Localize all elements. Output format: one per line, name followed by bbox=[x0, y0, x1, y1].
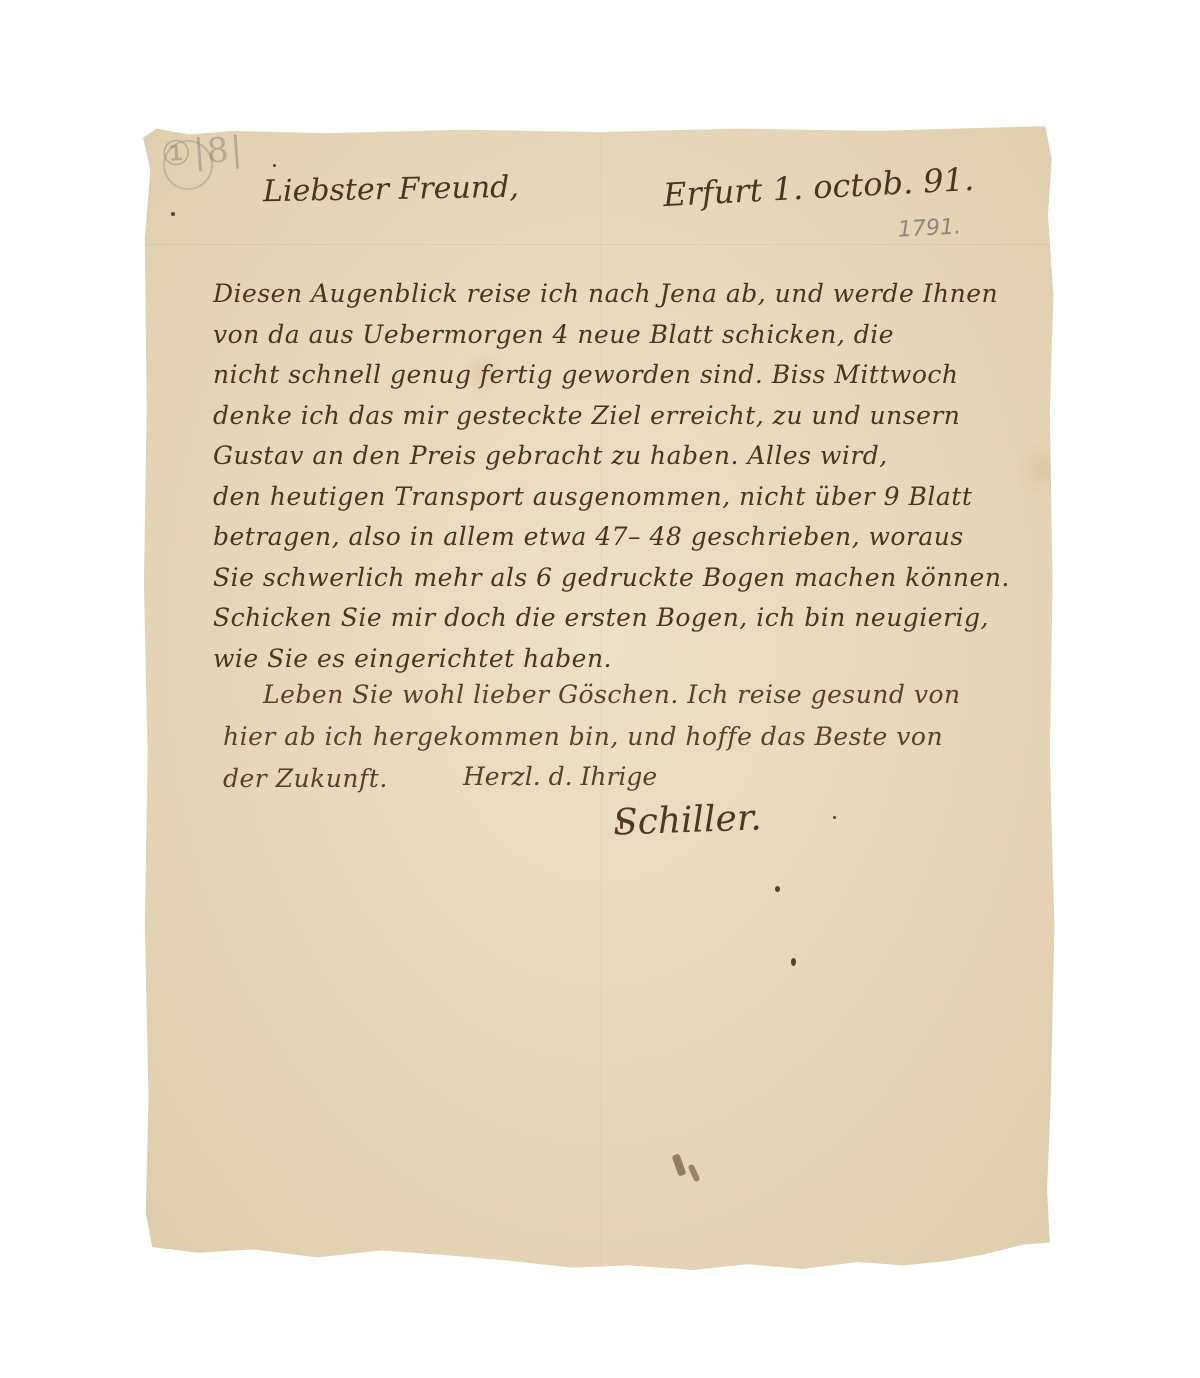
body-line: denke ich das mir gesteckte Ziel erreich… bbox=[213, 396, 1033, 437]
body-line: wie Sie es eingerichtet haben. bbox=[213, 639, 1033, 680]
body-line: Diesen Augenblick reise ich nach Jena ab… bbox=[213, 274, 1033, 315]
ink-spot bbox=[171, 212, 175, 216]
ink-smudge bbox=[671, 1153, 686, 1176]
body-line: betragen, also in allem etwa 47– 48 gesc… bbox=[213, 517, 1033, 558]
body-line: Schicken Sie mir doch die ersten Bogen, … bbox=[213, 598, 1033, 639]
ink-smudge bbox=[687, 1164, 700, 1183]
letter-body: Diesen Augenblick reise ich nach Jena ab… bbox=[213, 274, 1033, 679]
body-line: von da aus Uebermorgen 4 neue Blatt schi… bbox=[213, 315, 1033, 356]
letter-paper: ①|8| Liebster Freund, Erfurt 1. octob. 9… bbox=[143, 124, 1059, 1270]
closing-line: Leben Sie wohl lieber Göschen. Ich reise… bbox=[223, 674, 1043, 716]
ink-spot bbox=[833, 816, 836, 819]
dateline: Erfurt 1. octob. 91. bbox=[662, 160, 975, 214]
closing-line: hier ab ich hergekommen bin, und hoffe d… bbox=[223, 716, 1043, 758]
body-line: nicht schnell genug fertig geworden sind… bbox=[213, 355, 1033, 396]
archival-year-annotation: 1791. bbox=[897, 214, 961, 242]
body-line: Sie schwerlich mehr als 6 gedruckte Boge… bbox=[213, 558, 1033, 599]
body-line: Gustav an den Preis gebracht zu haben. A… bbox=[213, 436, 1033, 477]
horizontal-fold-line bbox=[143, 244, 1059, 245]
salutation: Liebster Freund, bbox=[263, 170, 519, 209]
ink-spot bbox=[273, 164, 276, 167]
body-line: den heutigen Transport ausgenommen, nich… bbox=[213, 477, 1033, 518]
pencil-archive-mark: ①|8| bbox=[160, 129, 246, 175]
valediction: Herzl. d. Ihrige bbox=[463, 762, 657, 791]
signature: Schiller. bbox=[612, 797, 762, 843]
ink-spot bbox=[775, 886, 780, 892]
ink-spot bbox=[620, 817, 623, 829]
ink-spot bbox=[791, 958, 796, 966]
